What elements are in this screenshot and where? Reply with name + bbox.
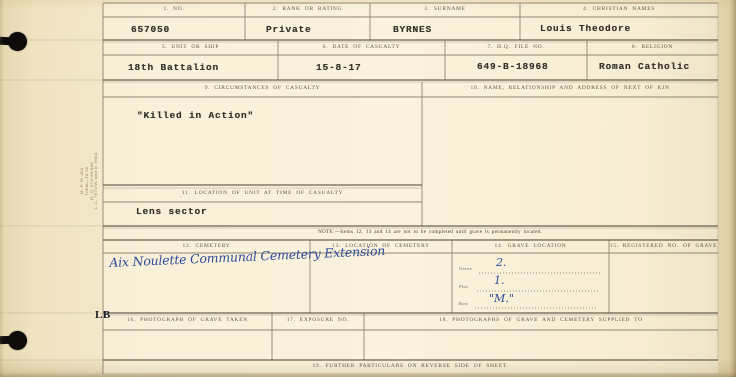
field-circumstances-value: "Killed in Action" [137, 110, 254, 121]
field-unit-location-value: Lens sector [136, 206, 208, 217]
field-unit-location-label: 11. LOCATION OF UNIT AT TIME OF CASUALTY [103, 190, 422, 196]
form-imprint-vertical: M. F. W. 302 100m—12-16 H. Q. 673-39-988… [80, 146, 99, 216]
field-registered-no-label: 15. REGISTERED NO. OF GRAVE [609, 243, 718, 249]
scanned-record-card: { "card": { "row1": { "no": {"label": "1… [0, 0, 736, 377]
field-no-label: 1. NO. [103, 6, 245, 12]
hole-punch-circle [8, 331, 27, 350]
hole-punch-circle [8, 32, 27, 51]
field-photo-taken-label: 16. PHOTOGRAPH OF GRAVE TAKEN [103, 317, 272, 323]
field-rank-label: 2. RANK OR RATING [245, 6, 370, 12]
field-date-of-casualty-label: 6. DATE OF CASUALTY [278, 44, 445, 50]
field-unit-label: 5. UNIT OR SHIP [103, 44, 278, 50]
field-surname-label: 3. SURNAME [370, 6, 520, 12]
note-items-12-13-14: NOTE:—Items 12, 13 and 14 are not to be … [318, 229, 542, 235]
field-grave-location-label: 14. GRAVE LOCATION [452, 243, 609, 249]
field-circumstances-label: 9. CIRCUMSTANCES OF CASUALTY [103, 85, 422, 91]
field-date-of-casualty-value: 15-8-17 [316, 62, 362, 73]
field-rank-value: Private [266, 24, 312, 35]
field-surname-value: BYRNES [393, 24, 432, 35]
grave-number-value: 2. [496, 256, 507, 269]
field-christian-names-label: 4. CHRISTIAN NAMES [520, 6, 718, 12]
footer-further-particulars-label: 19. FURTHER PARTICULARS ON REVERSE SIDE … [103, 363, 718, 369]
field-christian-names-value: Louis Theodore [540, 23, 631, 34]
row-letter-label: Row [459, 301, 469, 306]
plot-number-label: Plot. [459, 284, 469, 289]
field-no-value: 657050 [131, 24, 170, 35]
field-unit-value: 18th Battalion [128, 62, 219, 73]
field-hq-file-no-label: 7. H.Q. FILE NO. [445, 44, 587, 50]
imprint-line: L. L. 7673-W. and D. 5982 [94, 146, 99, 216]
field-photos-supplied-label: 18. PHOTOGRAPHS OF GRAVE AND CEMETERY SU… [364, 317, 718, 323]
scan-edge-right [729, 0, 736, 377]
grave-number-label: Grave [459, 266, 472, 271]
field-hq-file-no-value: 649-B-18968 [477, 61, 549, 72]
clerk-initials: LB [95, 309, 111, 321]
field-religion-label: 8. RELIGION [587, 44, 718, 50]
scan-edge-left [0, 0, 4, 377]
field-religion-value: Roman Catholic [599, 61, 690, 72]
scan-edge-bottom [0, 372, 736, 377]
plot-number-value: 1. [494, 274, 505, 287]
row-letter-value: "M." [489, 292, 514, 305]
field-exposure-no-label: 17. EXPOSURE NO. [272, 317, 364, 323]
field-next-of-kin-label: 10. NAME, RELATIONSHIP AND ADDRESS OF NE… [422, 85, 718, 91]
